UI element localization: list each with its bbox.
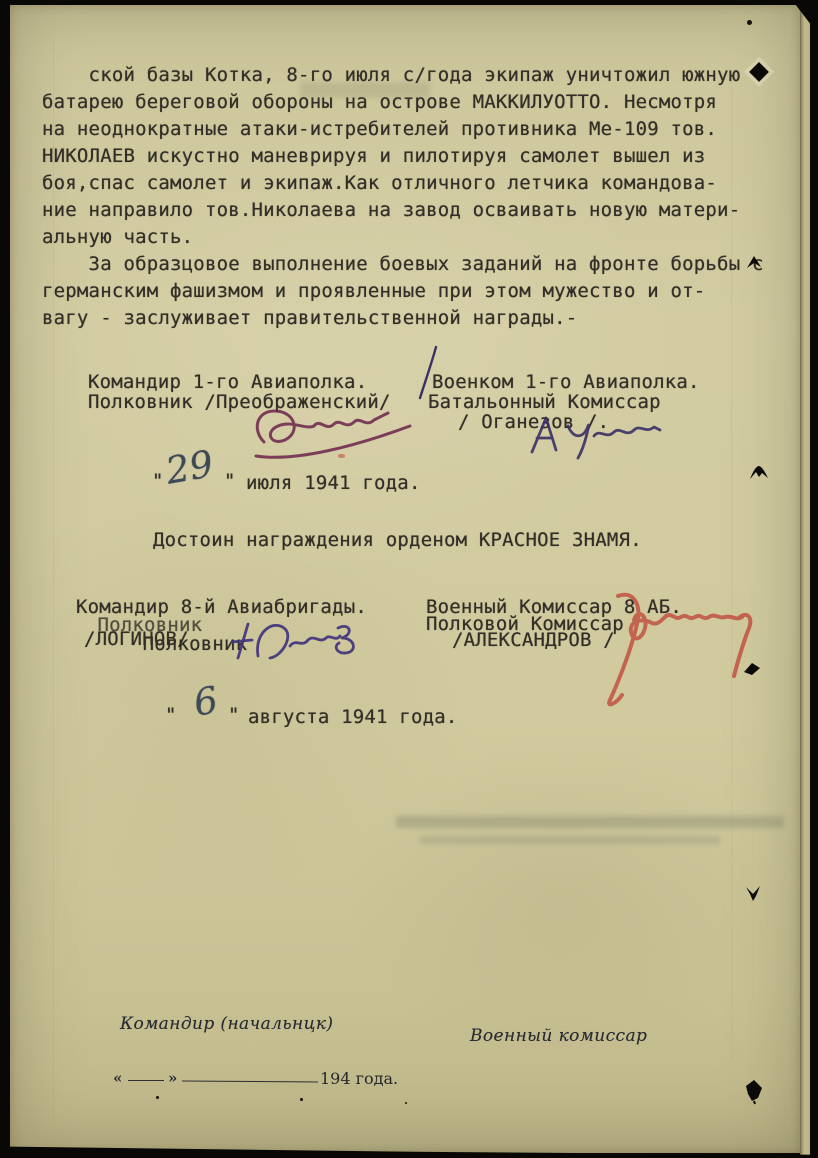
bleed-through-smudge [420,836,720,844]
punch-hole [744,254,764,272]
loginov-signature [226,610,356,674]
footer-day-blank-line [128,1080,164,1081]
punch-hole [744,884,766,904]
date2-quote-open: " [165,702,177,729]
footer-year-suffix: 194 года. [320,1069,398,1088]
date1-quote-open: " [152,468,164,495]
paper-speck [405,1102,407,1104]
punch-hole [742,1078,766,1104]
pen-slash-mark [416,344,440,402]
bleed-through-smudge [396,816,784,828]
commander-1-title: Командир 1-го Авиаполка. [88,372,367,392]
photo-edge-right [810,0,818,1158]
paper-speck [156,1096,159,1099]
punch-hole [748,464,770,482]
footer-commissar-label: Военный комиссар [470,1026,647,1046]
commander-8-name: /ЛОГИНОВ/ [84,629,189,649]
date1-quote-close: " [224,468,236,495]
paper-speck [747,20,752,25]
commissar-1-title: Военком 1-го Авиаполка. [432,372,700,392]
preobrazhensky-signature [248,402,418,464]
punch-hole [746,60,772,86]
photo-edge-top [0,0,818,5]
oganezov-signature [524,408,664,464]
date2-quote-close: " [228,702,240,729]
footer-guillemet-close: » [168,1069,177,1087]
punch-hole [742,660,762,678]
footer-commander-label: Командир (начальнцк) [120,1014,333,1034]
photo-edge-left [0,0,10,1158]
award-recommendation-line: Достоин награждения орденом КРАСНОЕ ЗНАМ… [153,527,642,554]
commander-8-rank: Полковник Полковник [96,614,247,694]
red-ink-speck [338,454,345,458]
date1-text: июля 1941 года. [246,470,421,497]
date2-text: августа 1941 года. [248,704,458,731]
aleksandrov-signature [588,578,768,708]
footer-guillemet-open: « [113,1069,122,1087]
paper-speck [300,1098,303,1101]
ink-smudge [300,82,430,98]
handwritten-day-29: 29 [163,442,217,493]
scanned-document-page: ской базы Котка, 8-го июля с/года экипаж… [0,0,818,1158]
body-paragraphs: ской базы Котка, 8-го июля с/года экипаж… [42,62,764,332]
